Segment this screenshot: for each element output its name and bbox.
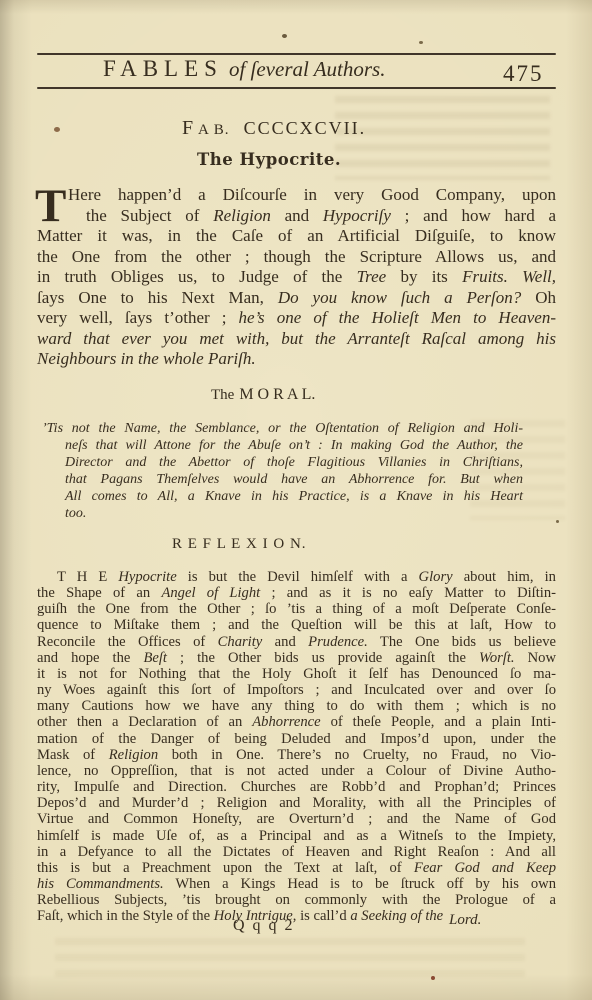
book-page: FABLESof ſeveral Authors. 475 F A B.CCCC… xyxy=(0,0,592,1000)
text-line: neſs that will Attone for the Abuſe on’t… xyxy=(42,437,523,454)
text-segment: of theſe People, and a plain Inti- xyxy=(321,714,556,730)
text-line: ’Tis not the Name, the Semblance, or the… xyxy=(42,420,523,437)
ink-speck xyxy=(54,127,60,132)
text-segment: and hope the xyxy=(37,650,143,666)
show-through-ghost xyxy=(55,938,525,978)
text-segment: neſs that will Attone for the Abuſe on’t… xyxy=(65,438,523,453)
text-segment: ; and how hard a xyxy=(391,206,556,225)
text-segment: Religion xyxy=(109,747,158,763)
text-segment: Matter it was, in the Caſe of an Artific… xyxy=(37,226,556,245)
text-line: lence, no Oppreſſion, that is not acted … xyxy=(37,763,556,779)
text-line: in truth Obliges us, to Judge of the Tre… xyxy=(37,267,556,288)
text-segment: Depos’d and Murder’d ; Religion and Mora… xyxy=(37,795,556,811)
running-title: FABLESof ſeveral Authors. xyxy=(103,56,385,82)
text-segment: both in One. There’s no Cruelty, no Frau… xyxy=(158,747,556,763)
moral-heading: TheM O R A L. xyxy=(211,386,315,404)
text-segment: Angel of Light xyxy=(161,585,260,601)
text-segment: many Cautions how we have any thing to d… xyxy=(37,698,556,714)
text-segment: Neighbours in the whole Pariſh. xyxy=(37,349,256,368)
fable-title: The Hypocrite. xyxy=(197,150,341,169)
text-line: his Commandments. When a Kings Head is t… xyxy=(37,876,556,892)
text-segment: Worſt. xyxy=(479,650,515,666)
text-segment: Do you know ſuch a Perſon? xyxy=(278,288,521,307)
text-line: and hope the Beſt ; the Other bids us pr… xyxy=(37,650,556,666)
text-segment: ’Tis not the Name, the Semblance, or the… xyxy=(42,421,523,436)
text-segment: Rebellious Subjects, ’tis brought on com… xyxy=(37,892,556,908)
text-line: other then a Declaration of an Abhorrenc… xyxy=(37,714,556,730)
text-segment: T H E xyxy=(57,569,118,585)
text-segment: in a Defyance to all the Dictates of Hea… xyxy=(37,844,556,860)
text-line: in a Defyance to all the Dictates of Hea… xyxy=(37,844,556,860)
text-line: the Shape of an Angel of Light ; and as … xyxy=(37,585,556,601)
opening-paragraph: Here happen’d a Diſcourſe in very Good C… xyxy=(37,185,556,370)
text-segment: that Pagans Themſelves would have an Abh… xyxy=(65,472,523,487)
text-segment: , is call’d xyxy=(293,908,351,924)
text-segment: guiſh the One from the Other ; ſo ’tis a… xyxy=(37,601,556,617)
text-segment: Here happen’d a Diſcourſe in very Good C… xyxy=(68,185,556,204)
text-line: Virtue and Common Honeſty, are Overturn’… xyxy=(37,811,556,827)
signature-mark: Q q q 2 xyxy=(233,917,295,935)
text-segment: a Seeking of the xyxy=(350,908,443,924)
text-line: Rebellious Subjects, ’tis brought on com… xyxy=(37,892,556,908)
text-line: himſelf is made Uſe of, as a Principal a… xyxy=(37,828,556,844)
text-segment: Fear God and Keep xyxy=(414,860,556,876)
text-line: Mask of Religion both in One. There’s no… xyxy=(37,747,556,763)
header-rule-top xyxy=(37,53,556,55)
text-line: Depos’d and Murder’d ; Religion and Mora… xyxy=(37,795,556,811)
text-segment: rity, Impulſe and Direction. Churches ar… xyxy=(37,779,556,795)
text-line: guiſh the One from the Other ; ſo ’tis a… xyxy=(37,601,556,617)
moral-heading-prefix: The xyxy=(211,387,234,403)
text-segment: Tree xyxy=(357,267,387,286)
text-segment: himſelf is made Uſe of, as a Principal a… xyxy=(37,828,556,844)
ink-speck xyxy=(431,976,435,980)
text-line: Neighbours in the whole Pariſh. xyxy=(37,349,556,370)
text-line: Reconcile the Offices of Charity and Pru… xyxy=(37,634,556,650)
text-line: this is but a Preachment upon the Text a… xyxy=(37,860,556,876)
text-segment: Faſt, which in the Style of the xyxy=(37,908,214,924)
text-segment: Now xyxy=(515,650,556,666)
reflexion-paragraph: T H E Hypocrite is but the Devil himſelf… xyxy=(37,569,556,924)
text-line: quence to Miſtake them ; and the Queſtio… xyxy=(37,617,556,633)
text-segment: in truth Obliges us, to Judge of the xyxy=(37,267,357,286)
text-segment: Hypocriſy xyxy=(323,206,391,225)
text-segment: ; and as it is no eaſy Matter to Diſtin- xyxy=(260,585,556,601)
text-segment: Abhorrence xyxy=(252,714,320,730)
ink-speck xyxy=(419,41,423,44)
moral-paragraph: ’Tis not the Name, the Semblance, or the… xyxy=(42,420,523,522)
text-line: mation of the Danger of being Deluded an… xyxy=(37,731,556,747)
text-segment: Religion xyxy=(213,206,271,225)
fable-number: CCCCXCVII. xyxy=(244,118,367,138)
header-rule-bottom xyxy=(37,87,556,89)
text-line: the Subject of Religion and Hypocriſy ; … xyxy=(37,206,556,227)
text-segment: Beſt xyxy=(143,650,167,666)
text-segment: ſays One to his Next Man, xyxy=(37,288,278,307)
page-number: 475 xyxy=(503,61,544,87)
text-segment: Oh xyxy=(521,288,556,307)
text-segment: ; the Other bids us provide againſt the xyxy=(167,650,479,666)
text-segment: the Shape of an xyxy=(37,585,161,601)
text-segment: Glory xyxy=(419,569,453,585)
show-through-ghost xyxy=(335,96,550,180)
text-segment: Well, xyxy=(522,267,556,286)
text-segment: about him, in xyxy=(453,569,556,585)
ink-speck xyxy=(556,520,559,523)
text-line: All comes to All, a Knave in his Practic… xyxy=(42,488,523,505)
text-segment: Hypocrite xyxy=(118,569,176,585)
text-segment: Fruits. xyxy=(462,267,508,286)
text-line: rity, Impulſe and Direction. Churches ar… xyxy=(37,779,556,795)
text-segment: Charity xyxy=(218,634,263,650)
text-segment: Mask of xyxy=(37,747,109,763)
text-segment: Virtue and Common Honeſty, are Overturn’… xyxy=(37,811,556,827)
running-title-italic: of ſeveral Authors. xyxy=(229,57,386,81)
text-segment: and xyxy=(271,206,323,225)
text-line: ſays One to his Next Man, Do you know ſu… xyxy=(37,288,556,309)
text-segment: Reconcile the Offices of xyxy=(37,634,218,650)
text-segment: mation of the Danger of being Deluded an… xyxy=(37,731,556,747)
text-segment: When a Kings Head is to be ſtruck off by… xyxy=(164,876,556,892)
text-segment: the One from the other ; though the Scri… xyxy=(37,247,556,266)
text-segment: Director and the Abettor of thoſe Flagit… xyxy=(65,455,523,470)
text-line: it is not for Nothing that the Holy Ghoſ… xyxy=(37,666,556,682)
text-line: very well, ſays t’other ; he’s one of th… xyxy=(37,308,556,329)
text-line: the One from the other ; though the Scri… xyxy=(37,247,556,268)
text-segment: very well, ſays t’other ; xyxy=(37,308,239,327)
text-segment: this is but a Preachment upon the Text a… xyxy=(37,860,414,876)
text-segment: All comes to All, a Knave in his Practic… xyxy=(65,489,523,504)
text-line: T H E Hypocrite is but the Devil himſelf… xyxy=(37,569,556,585)
fable-number-heading: F A B.CCCCXCVII. xyxy=(182,117,366,140)
text-segment: the Subject of xyxy=(86,206,213,225)
catchword: Lord. xyxy=(449,912,481,929)
text-line: Here happen’d a Diſcourſe in very Good C… xyxy=(37,185,556,206)
text-line: too. xyxy=(42,505,523,522)
text-segment: is but the Devil himſelf with a xyxy=(177,569,419,585)
ink-speck xyxy=(282,34,287,38)
text-segment: ny Woes againſt this ſort of Impoſtors ;… xyxy=(37,682,556,698)
text-line: Matter it was, in the Caſe of an Artific… xyxy=(37,226,556,247)
text-line: that Pagans Themſelves would have an Abh… xyxy=(42,471,523,488)
text-segment: other then a Declaration of an xyxy=(37,714,252,730)
reflexion-heading: R E F L E X I O N. xyxy=(172,536,307,553)
text-segment: too. xyxy=(65,506,86,521)
moral-heading-word: M O R A L. xyxy=(239,386,315,403)
text-segment: Prudence. xyxy=(308,634,368,650)
text-segment: he’s one of the Holieſt Men to Heaven- xyxy=(239,308,556,327)
text-segment: quence to Miſtake them ; and the Queſtio… xyxy=(37,617,556,633)
text-segment: and xyxy=(262,634,308,650)
text-segment: ward that ever you met with, but the Arr… xyxy=(37,329,556,348)
text-segment: by its xyxy=(386,267,462,286)
running-title-caps: FABLES xyxy=(103,56,223,81)
text-line: Director and the Abettor of thoſe Flagit… xyxy=(42,454,523,471)
text-segment xyxy=(508,267,522,286)
text-segment: lence, no Oppreſſion, that is not acted … xyxy=(37,763,556,779)
text-segment: his Commandments. xyxy=(37,876,164,892)
text-line: ny Woes againſt this ſort of Impoſtors ;… xyxy=(37,682,556,698)
text-segment: it is not for Nothing that the Holy Ghoſ… xyxy=(37,666,556,682)
text-line: ward that ever you met with, but the Arr… xyxy=(37,329,556,350)
fable-number-label: F A B. xyxy=(182,117,230,140)
text-segment: The One bids us believe xyxy=(368,634,556,650)
text-line: many Cautions how we have any thing to d… xyxy=(37,698,556,714)
